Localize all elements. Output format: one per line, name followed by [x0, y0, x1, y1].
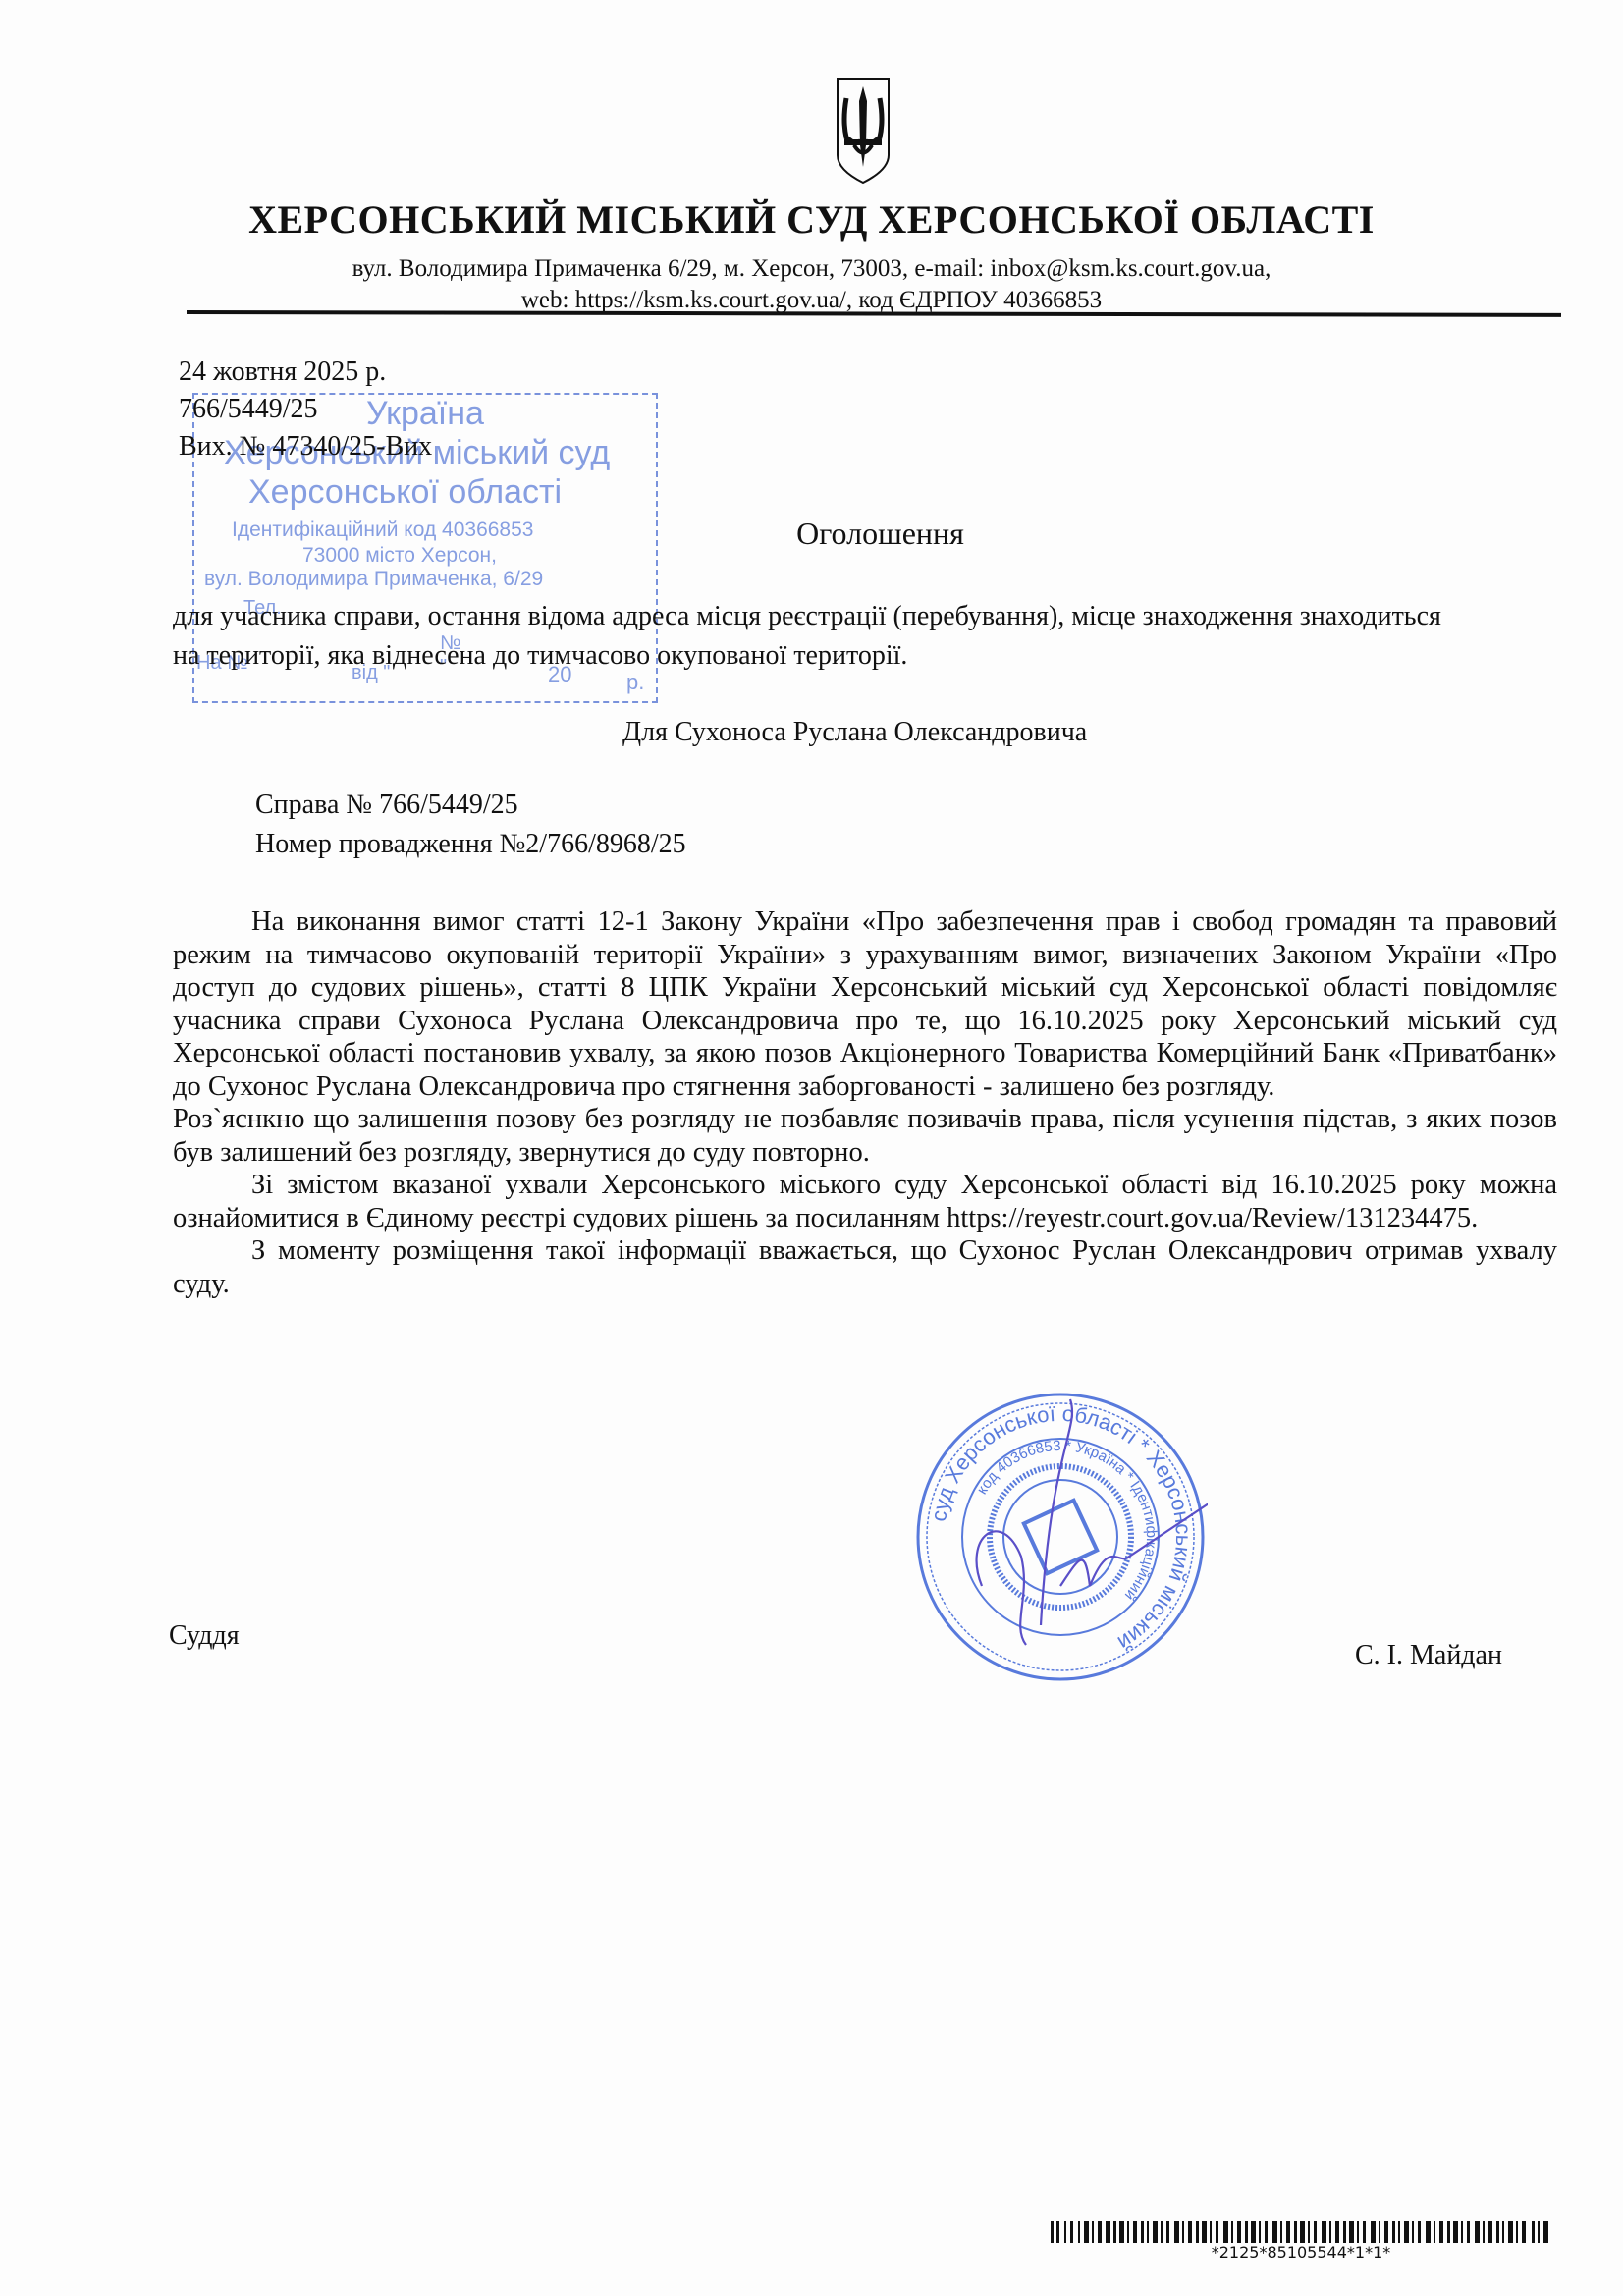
outgoing-number: Вих. № 47340/25-Вих — [179, 428, 432, 465]
notice-intro: для учасника справи, остання відома адре… — [173, 597, 1459, 676]
stamp-line: вул. Володимира Примаченка, 6/29 — [204, 568, 543, 591]
proceeding-number: Номер провадження №2/766/8968/25 — [255, 825, 686, 864]
stamp-line: Херсонської області — [248, 473, 562, 512]
letter-meta: 24 жовтня 2025 р. 766/5449/25 Вих. № 473… — [179, 354, 432, 465]
court-name: ХЕРСОНСЬКИЙ МІСЬКИЙ СУД ХЕРСОНСЬКОЇ ОБЛА… — [0, 196, 1623, 243]
notice-body: На виконання вимог статті 12-1 Закону Ук… — [173, 905, 1557, 1300]
notice-title: Оголошення — [0, 516, 1623, 552]
signature-title: Суддя — [169, 1620, 240, 1652]
signature-name: С. І. Майдан — [1355, 1640, 1502, 1671]
body-paragraph: Роз`яснкно що залишення позову без розгл… — [173, 1103, 1557, 1169]
trident-emblem-icon — [835, 77, 892, 185]
addressee: Для Сухоноса Руслана Олександровича — [622, 717, 1087, 748]
case-number: Справа № 766/5449/25 — [255, 786, 686, 825]
court-address: вул. Володимира Примаченка 6/29, м. Херс… — [0, 253, 1623, 316]
letter-date: 24 жовтня 2025 р. — [179, 354, 432, 391]
barcode-icon — [1051, 2221, 1551, 2243]
body-paragraph: На виконання вимог статті 12-1 Закону Ук… — [173, 905, 1557, 1103]
case-reference: 766/5449/25 — [179, 391, 432, 428]
court-seal-icon: суд Херсонської області * Херсонський мі… — [913, 1390, 1208, 1684]
body-paragraph: Зі змістом вказаної ухвали Херсонського … — [173, 1169, 1557, 1234]
barcode-text: *2125*85105544*1*1* — [1051, 2243, 1551, 2262]
document-page: ХЕРСОНСЬКИЙ МІСЬКИЙ СУД ХЕРСОНСЬКОЇ ОБЛА… — [0, 0, 1623, 2296]
body-paragraph: З моменту розміщення такої інформації вв… — [173, 1234, 1557, 1300]
court-address-line1: вул. Володимира Примаченка 6/29, м. Херс… — [0, 253, 1623, 285]
case-info: Справа № 766/5449/25 Номер провадження №… — [255, 786, 686, 864]
